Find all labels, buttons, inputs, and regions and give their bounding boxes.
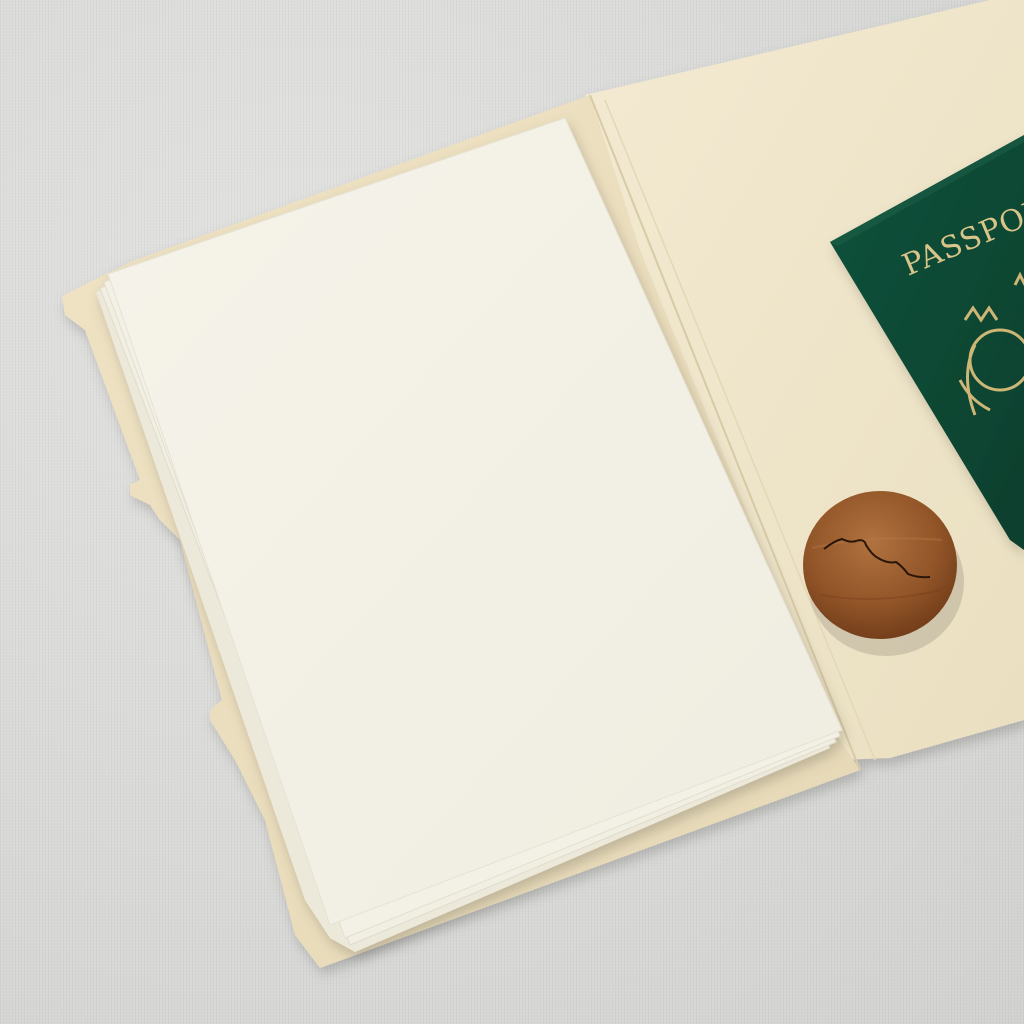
photo-scene: PASSPOR: [0, 0, 1024, 1024]
